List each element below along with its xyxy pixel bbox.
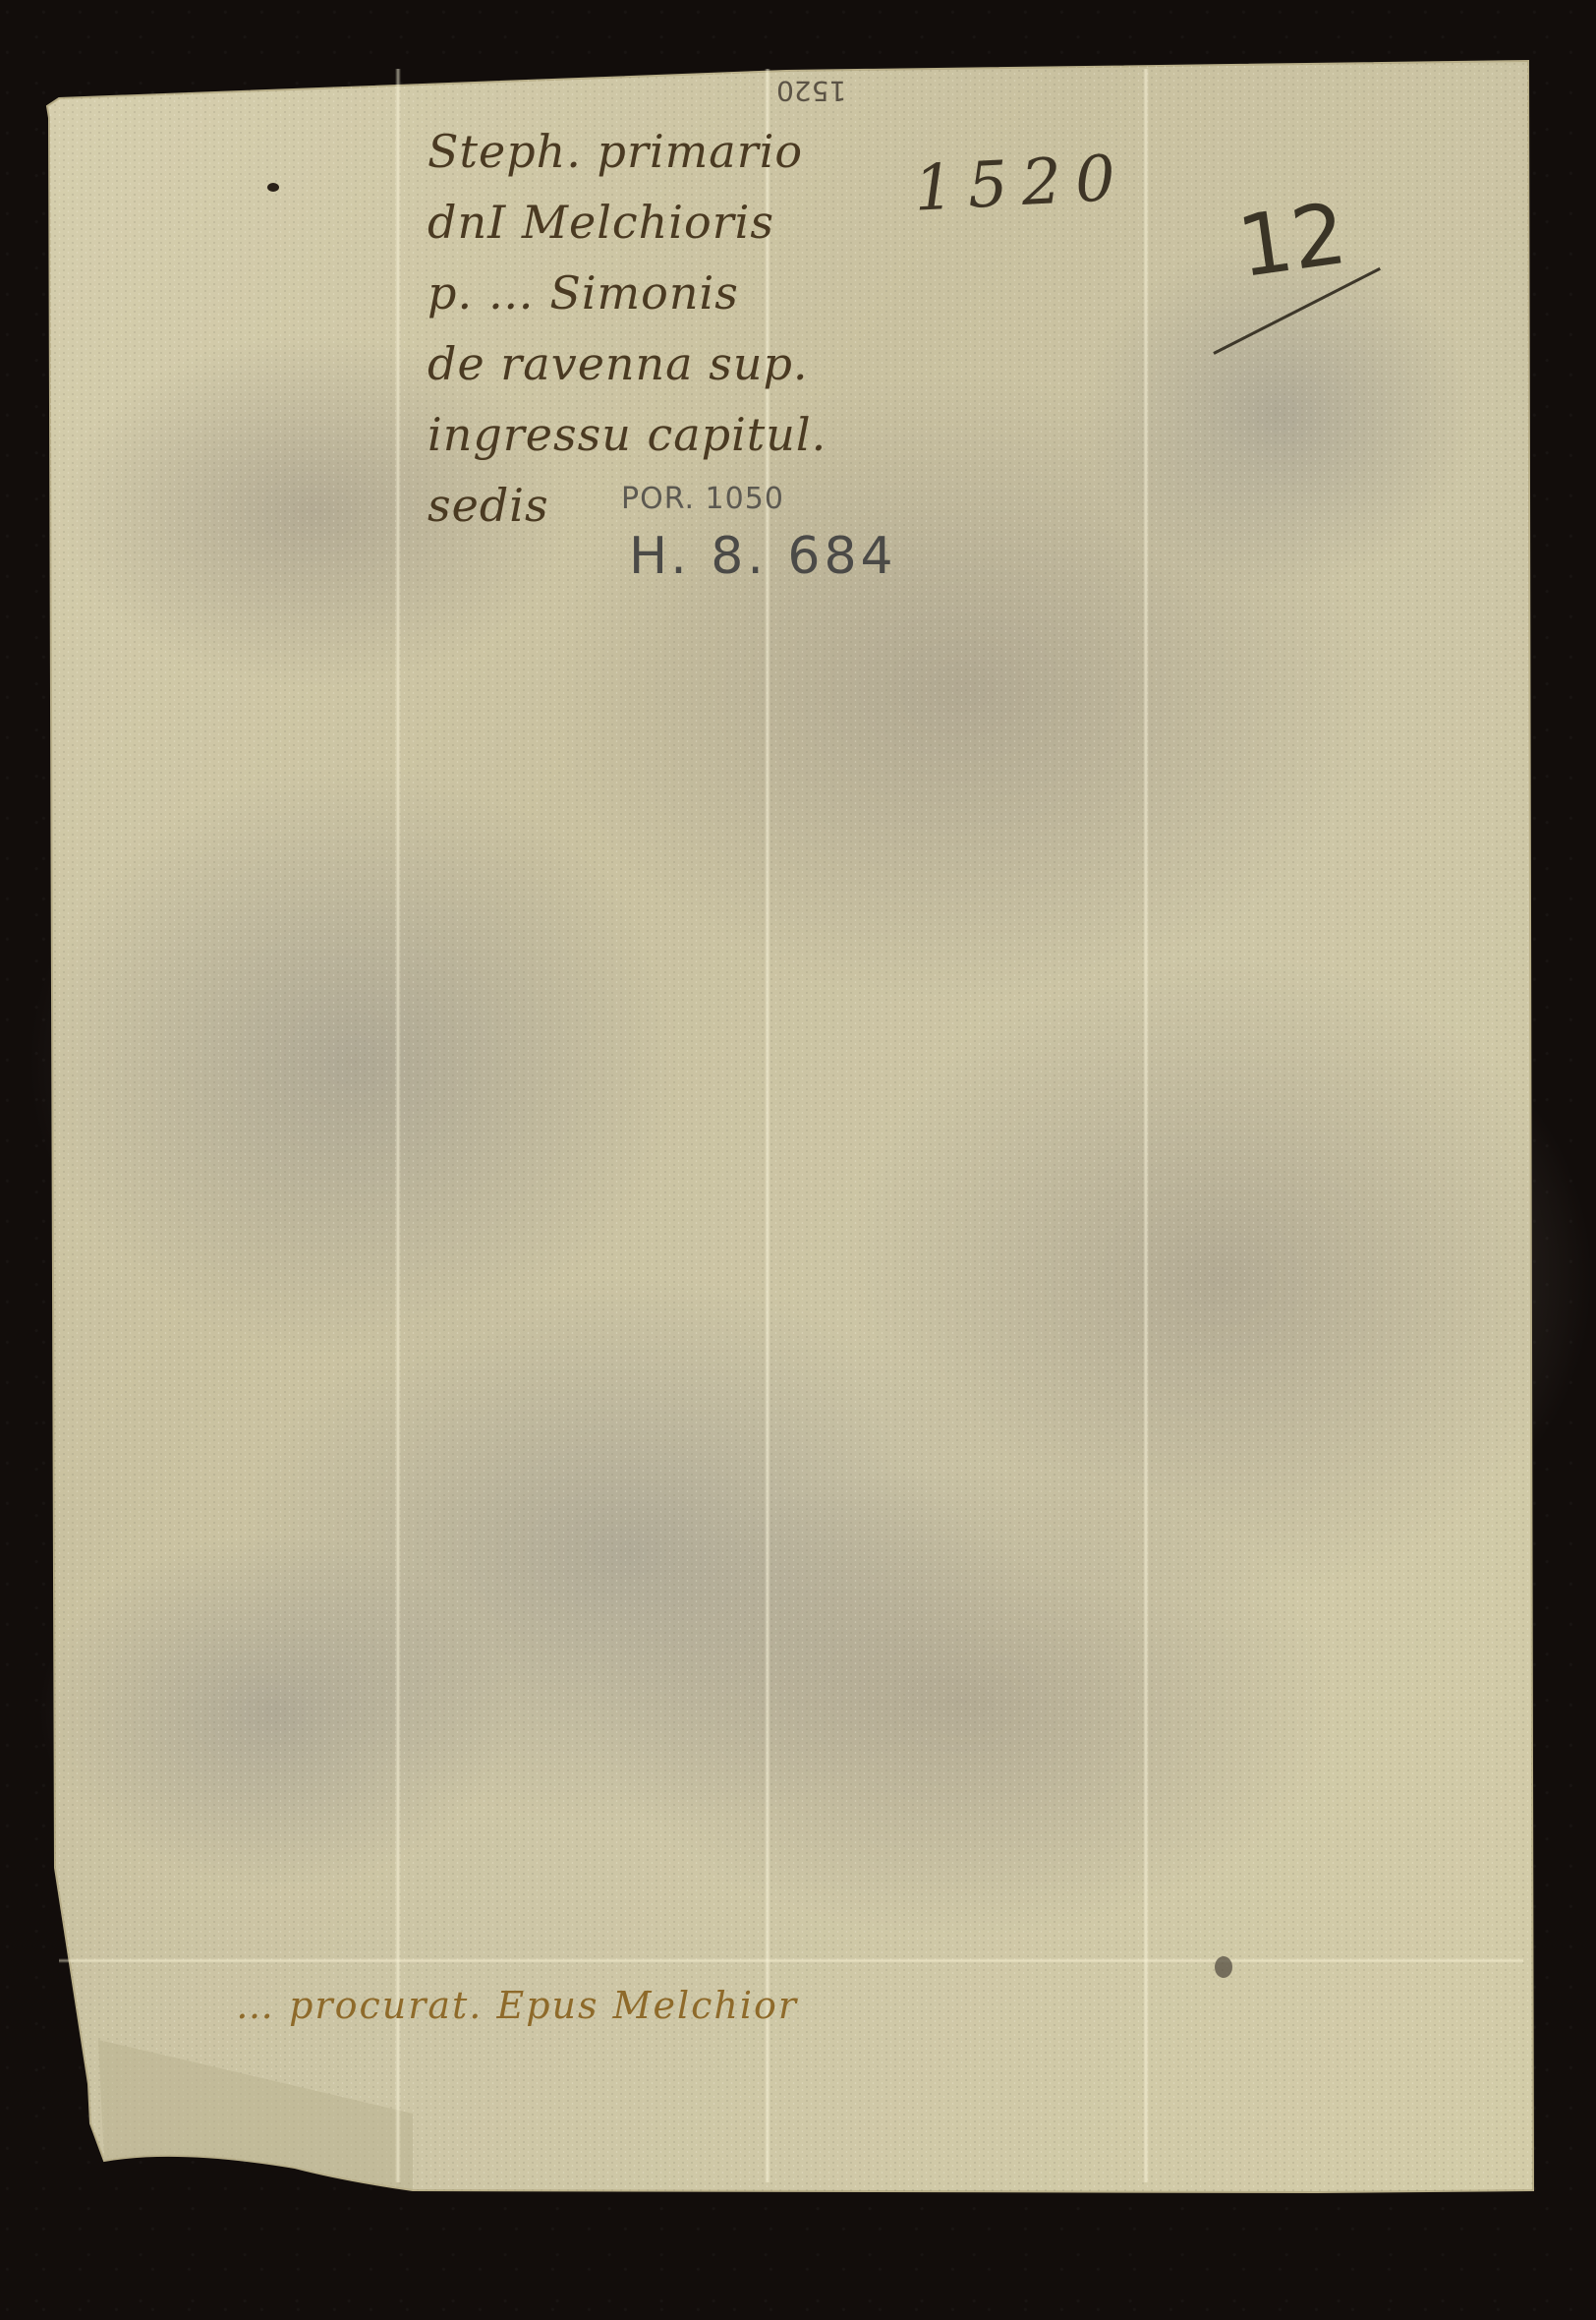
folio-number: 12 xyxy=(1232,185,1352,297)
regest-line: p. … Simonis xyxy=(427,258,826,328)
ink-blot xyxy=(1215,1956,1232,1978)
endorsement: … procurat. Epus Melchior xyxy=(236,1984,798,2027)
regest-line: ingressu capitul. xyxy=(427,399,826,470)
regest-line: Steph. primario xyxy=(427,116,826,187)
shelfmark-old: POR. 1050 xyxy=(621,482,784,516)
regest-line: de ravenna sup. xyxy=(427,328,826,399)
fold-line-3 xyxy=(1143,69,1149,2182)
document-photo: Steph. primario dnI Melchioris p. … Simo… xyxy=(0,0,1596,2320)
date-mark: 1520 xyxy=(912,142,1130,225)
fold-line-1 xyxy=(395,69,401,2182)
fold-line-horizontal xyxy=(59,1958,1523,1963)
regest-note: Steph. primario dnI Melchioris p. … Simo… xyxy=(427,116,826,541)
ink-blot xyxy=(267,183,279,192)
shelfmark-new: H. 8. 684 xyxy=(629,527,897,586)
regest-line: dnI Melchioris xyxy=(427,187,826,258)
upside-down-number: 1520 xyxy=(776,75,846,107)
